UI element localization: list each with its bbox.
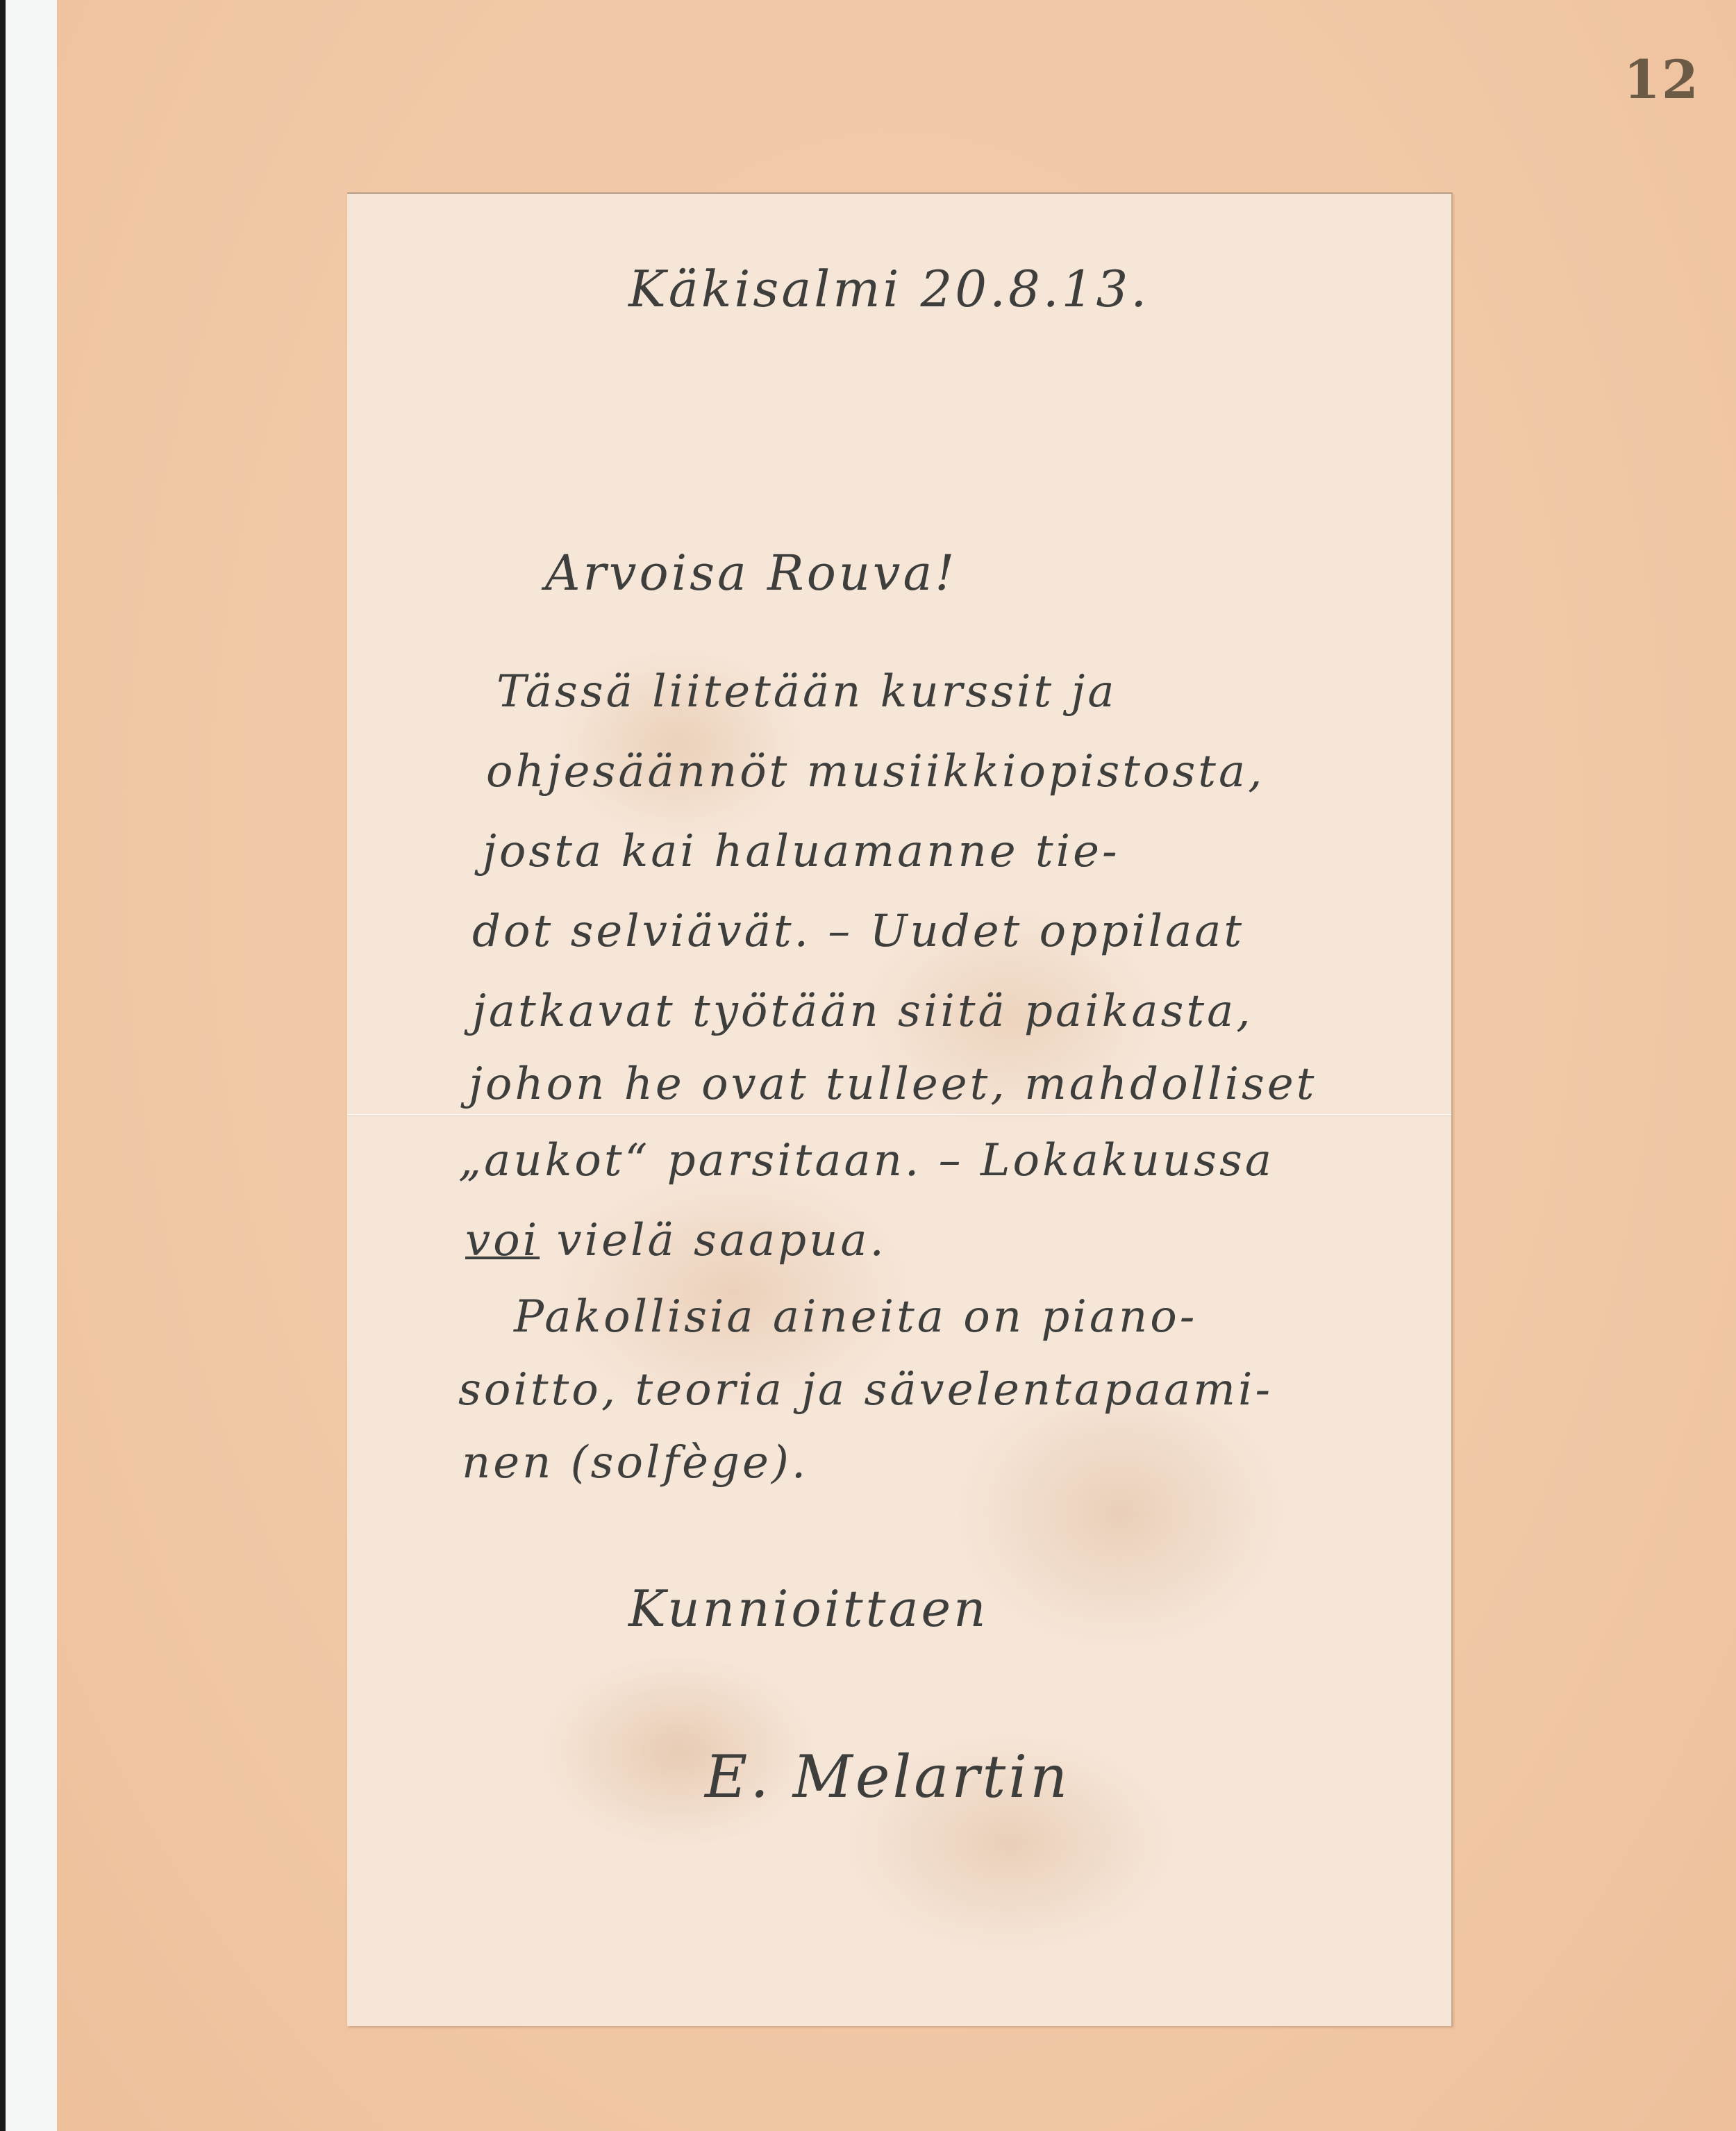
underlined-word: voi (465, 1215, 540, 1266)
closing: Kunnioittaen (628, 1579, 989, 1638)
handwritten-letter: Käkisalmi 20.8.13. Arvoisa Rouva! Tässä … (347, 192, 1453, 2026)
body-line: soitto, teoria ja sävelentapaami- (458, 1364, 1273, 1416)
body-line-with-underline: voi vielä saapua. (465, 1215, 887, 1266)
place-date: Käkisalmi 20.8.13. (628, 260, 1149, 318)
body-line: johon he ovat tulleet, mahdolliset (469, 1059, 1317, 1110)
body-line: nen (solfège). (462, 1437, 808, 1489)
scan-edge-light (6, 0, 57, 2131)
body-line: ohjesäännöt musiikkiopistosta, (486, 746, 1265, 797)
body-line: josta kai haluamanne tie- (483, 826, 1120, 877)
paper-fold-line (347, 1114, 1451, 1116)
body-line: Tässä liitetään kurssit ja (496, 666, 1117, 718)
body-line-rest: vielä saapua. (557, 1215, 887, 1266)
page-number: 12 (1624, 49, 1700, 110)
salutation: Arvoisa Rouva! (545, 545, 957, 602)
body-line: jatkavat työtään siitä paikasta, (472, 986, 1253, 1037)
scan-edge-dark (0, 0, 6, 2131)
body-line: „aukot“ parsitaan. – Lokakuussa (458, 1135, 1274, 1186)
body-line: Pakollisia aineita on piano- (514, 1291, 1197, 1343)
body-line: dot selviävät. – Uudet oppilaat (472, 906, 1244, 957)
signature: E. Melartin (705, 1743, 1070, 1811)
